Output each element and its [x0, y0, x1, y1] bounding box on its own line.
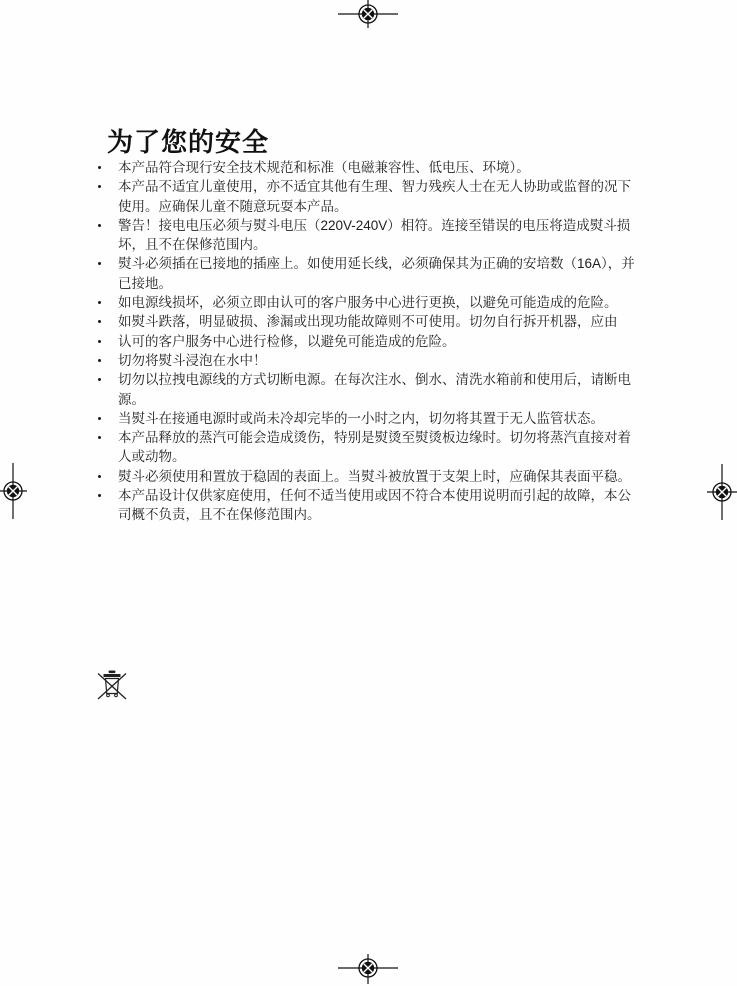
bullet-dot-icon: [98, 359, 101, 362]
bullet-dot-icon: [98, 185, 101, 188]
safety-bullet-item: 本产品设计仅供家庭使用，任何不适当使用或因不符合本使用说明而引起的故障，本公司概…: [96, 486, 642, 525]
safety-bullet-item: 如电源线损坏，必须立即由认可的客户服务中心进行更换，以避免可能造成的危险。: [96, 293, 642, 312]
bullet-text: 本产品符合现行安全技术规范和标准（电磁兼容性、低电压、环境）。: [118, 158, 642, 177]
page-title: 为了您的安全: [107, 125, 269, 159]
safety-bullet-item: 警告！接电电压必须与熨斗电压（220V-240V）相符。连接至错误的电压将造成熨…: [96, 216, 642, 255]
bullet-dot-icon: [98, 166, 101, 169]
bullet-text: 切勿将熨斗浸泡在水中！: [118, 351, 642, 370]
bullet-dot-icon: [98, 340, 101, 343]
bullet-dot-icon: [98, 436, 101, 439]
safety-bullet-item: 熨斗必须插在已接地的插座上。如使用延长线，必须确保其为正确的安培数（16A），并…: [96, 254, 642, 293]
bullet-dot-icon: [98, 262, 101, 265]
registration-mark-bottom-icon: [336, 954, 400, 986]
bullet-text: 如电源线损坏，必须立即由认可的客户服务中心进行更换，以避免可能造成的危险。: [118, 293, 642, 312]
bullet-text: 熨斗必须使用和置放于稳固的表面上。当熨斗被放置于支架上时，应确保其表面平稳。: [118, 467, 642, 486]
bullet-text: 警告！接电电压必须与熨斗电压（220V-240V）相符。连接至错误的电压将造成熨…: [118, 216, 642, 255]
safety-bullet-item: 本产品释放的蒸汽可能会造成烫伤，特别是熨烫至熨烫板边缘时。切勿将蒸汽直接对着人或…: [96, 428, 642, 467]
bullet-text: 当熨斗在接通电源时或尚未冷却完毕的一小时之内，切勿将其置于无人监管状态。: [118, 409, 642, 428]
safety-bullet-item: 如熨斗跌落，明显破损、渗漏或出现功能故障则不可使用。切勿自行拆开机器，应由: [96, 312, 642, 331]
safety-bullet-item: 当熨斗在接通电源时或尚未冷却完毕的一小时之内，切勿将其置于无人监管状态。: [96, 409, 642, 428]
bullet-text: 熨斗必须插在已接地的插座上。如使用延长线，必须确保其为正确的安培数（16A），并…: [118, 254, 642, 293]
bullet-dot-icon: [98, 320, 101, 323]
safety-bullet-item: 熨斗必须使用和置放于稳固的表面上。当熨斗被放置于支架上时，应确保其表面平稳。: [96, 467, 642, 486]
safety-bullet-item: 切勿将熨斗浸泡在水中！: [96, 351, 642, 370]
bullet-dot-icon: [98, 301, 101, 304]
bullet-dot-icon: [98, 494, 101, 497]
bullet-dot-icon: [98, 417, 101, 420]
bullet-dot-icon: [98, 378, 101, 381]
bullet-text: 本产品设计仅供家庭使用，任何不适当使用或因不符合本使用说明而引起的故障，本公司概…: [118, 486, 642, 525]
bullet-text: 如熨斗跌落，明显破损、渗漏或出现功能故障则不可使用。切勿自行拆开机器，应由: [118, 312, 642, 331]
manual-safety-page: 为了您的安全 本产品符合现行安全技术规范和标准（电磁兼容性、低电压、环境）。 本…: [0, 0, 737, 986]
bullet-text: 切勿以拉拽电源线的方式切断电源。在每次注水、倒水、清洗水箱前和使用后，请断电源。: [118, 370, 642, 409]
safety-bullet-item: 认可的客户服务中心进行检修，以避免可能造成的危险。: [96, 332, 642, 351]
registration-mark-right-icon: [707, 463, 737, 521]
safety-bullet-item: 本产品符合现行安全技术规范和标准（电磁兼容性、低电压、环境）。: [96, 158, 642, 177]
bullet-dot-icon: [98, 224, 101, 227]
weee-crossed-out-wheeled-bin-icon: [96, 667, 128, 701]
bullet-text: 本产品不适宜儿童使用，亦不适宜其他有生理、智力残疾人士在无人协助或监督的况下使用…: [118, 177, 642, 216]
bullet-text: 认可的客户服务中心进行检修，以避免可能造成的危险。: [118, 332, 642, 351]
registration-mark-left-icon: [0, 463, 28, 521]
bullet-dot-icon: [98, 475, 101, 478]
bullet-text: 本产品释放的蒸汽可能会造成烫伤，特别是熨烫至熨烫板边缘时。切勿将蒸汽直接对着人或…: [118, 428, 642, 467]
safety-bullet-item: 切勿以拉拽电源线的方式切断电源。在每次注水、倒水、清洗水箱前和使用后，请断电源。: [96, 370, 642, 409]
safety-bullet-item: 本产品不适宜儿童使用，亦不适宜其他有生理、智力残疾人士在无人协助或监督的况下使用…: [96, 177, 642, 216]
registration-mark-top-icon: [336, 0, 400, 32]
safety-instructions-list: 本产品符合现行安全技术规范和标准（电磁兼容性、低电压、环境）。 本产品不适宜儿童…: [96, 158, 642, 525]
